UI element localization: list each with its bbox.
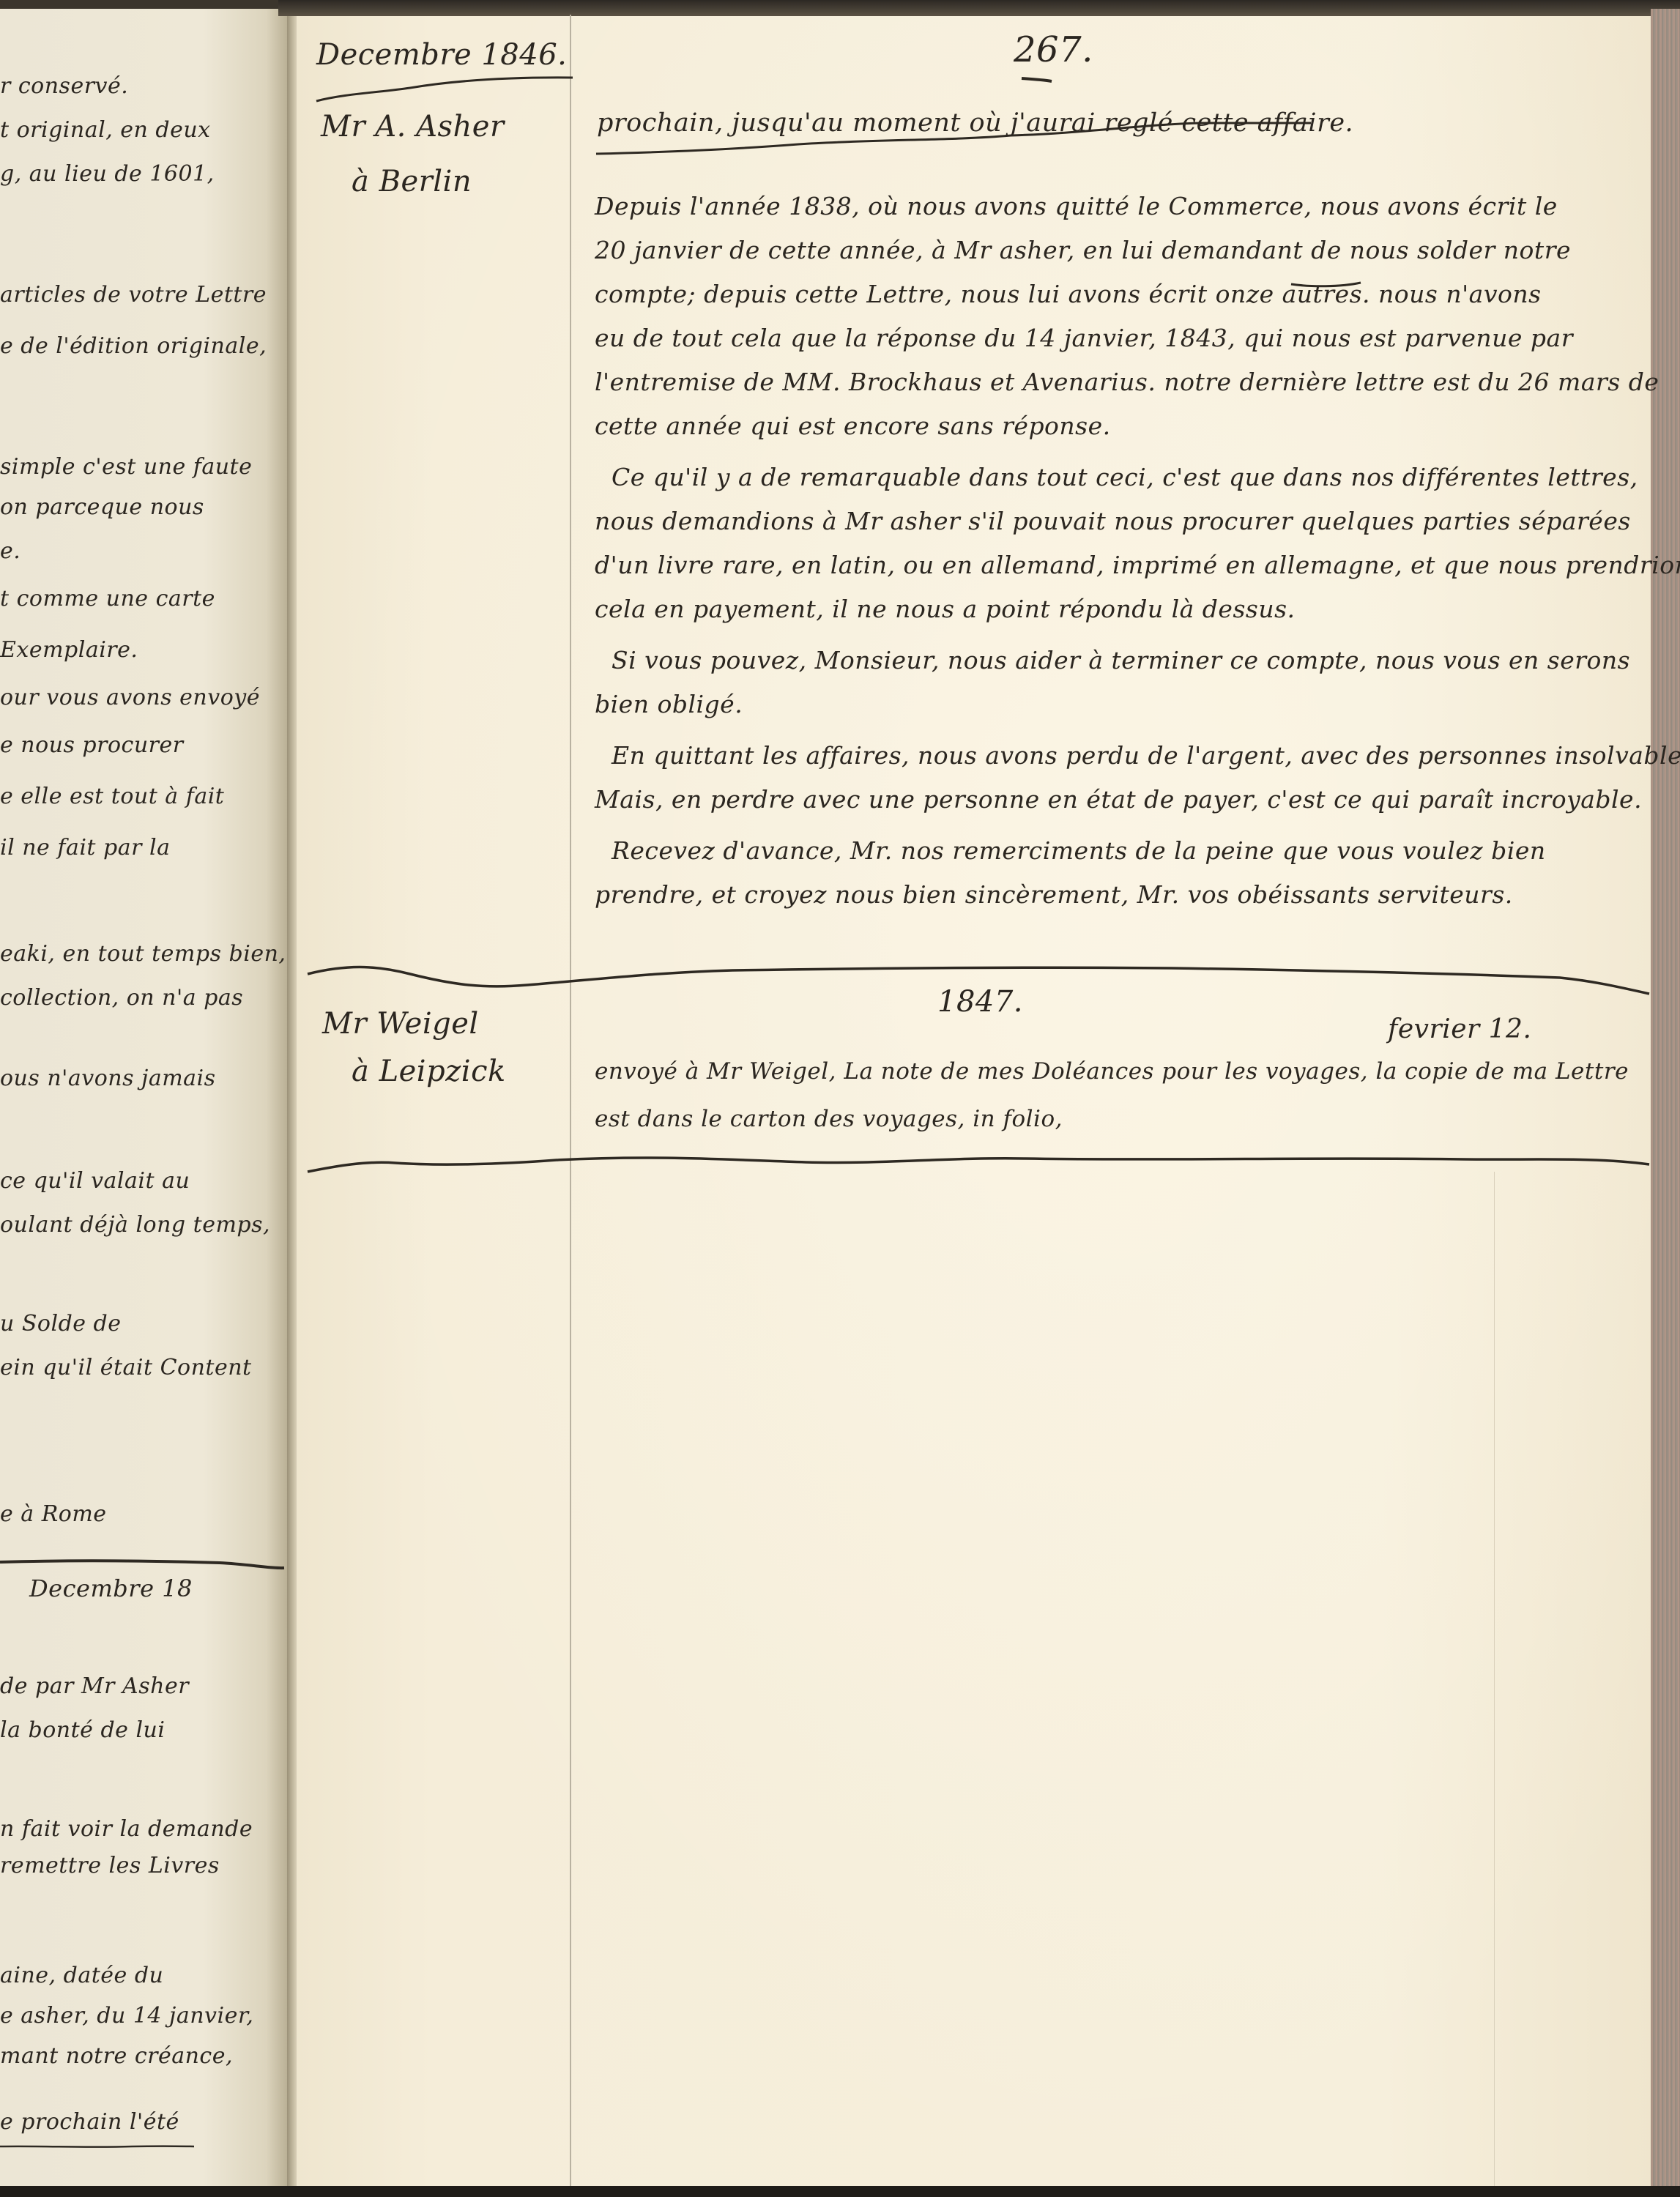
left-line: simple c'est une faute — [0, 454, 252, 480]
left-line: e elle est tout à fait — [0, 784, 224, 809]
entry-line: l'entremise de MM. Brockhaus et Avenariu… — [595, 368, 1659, 396]
left-line: ce qu'il valait au — [0, 1168, 190, 1194]
entry-date: fevrier 12. — [1388, 1014, 1531, 1044]
left-line: Exemplaire. — [0, 637, 138, 663]
recipient-name: Mr Weigel — [322, 1007, 479, 1041]
left-line: il ne fait par la — [0, 835, 170, 860]
left-line: e prochain l'été — [0, 2109, 179, 2135]
entry-line: Ce qu'il y a de remarquable dans tout ce… — [612, 463, 1638, 491]
left-line: la bonté de lui — [0, 1717, 165, 1743]
entry-line: En quittant les affaires, nous avons per… — [612, 741, 1680, 770]
left-line: ein qu'il était Content — [0, 1355, 252, 1380]
entry-line: Recevez d'avance, Mr. nos remerciments d… — [612, 836, 1546, 865]
left-line: u Solde de — [0, 1311, 122, 1337]
left-line: r conservé. — [0, 73, 128, 99]
entry-line: prendre, et croyez nous bien sincèrement… — [595, 880, 1513, 909]
left-line: oulant déjà long temps, — [0, 1212, 270, 1238]
entry-line: d'un livre rare, en latin, ou en alleman… — [595, 551, 1680, 579]
recipient-place: à Leipzick — [352, 1055, 506, 1088]
fore-edge — [1651, 9, 1680, 2187]
year-heading: 1847. — [937, 985, 1023, 1019]
left-section-date: Decembre 18 — [29, 1575, 193, 1602]
left-line: de par Mr Asher — [0, 1673, 189, 1699]
left-line: mant notre créance, — [0, 2043, 233, 2069]
entry-line: compte; depuis cette Lettre, nous lui av… — [595, 280, 1542, 308]
left-line: n fait voir la demande — [0, 1816, 253, 1842]
entry-line: prochain, jusqu'au moment où j'aurai reg… — [597, 108, 1353, 138]
left-line: our vous avons envoyé — [0, 685, 260, 710]
entry-line: Si vous pouvez, Monsieur, nous aider à t… — [612, 646, 1630, 674]
book-bottom-edge — [0, 2186, 1680, 2197]
left-line: g, au lieu de 1601, — [0, 161, 215, 187]
entry-line: cette année qui est encore sans réponse. — [595, 412, 1111, 440]
entry-line: envoyé à Mr Weigel, La note de mes Doléa… — [595, 1058, 1629, 1085]
left-line: e nous procurer — [0, 732, 184, 758]
left-line: e de l'édition originale, — [0, 333, 267, 359]
left-line: e asher, du 14 janvier, — [0, 2003, 253, 2029]
left-line: articles de votre Lettre — [0, 282, 267, 308]
left-line: t original, en deux — [0, 117, 211, 143]
entry-line: Mais, en perdre avec une personne en éta… — [595, 785, 1642, 814]
faint-ruling — [1494, 1172, 1495, 2186]
left-line: collection, on n'a pas — [0, 985, 243, 1011]
entry-line: 20 janvier de cette année, à Mr asher, e… — [595, 236, 1571, 264]
left-line: t comme une carte — [0, 586, 215, 611]
left-line: aine, datée du — [0, 1963, 163, 1988]
entry-line: Depuis l'année 1838, où nous avons quitt… — [595, 192, 1558, 220]
right-page-top-shadow — [278, 0, 1680, 16]
entry-line: cela en payement, il ne nous a point rép… — [595, 595, 1296, 623]
left-line: e à Rome — [0, 1501, 107, 1527]
page-number: 267. — [1014, 29, 1093, 70]
recipient-name: Mr A. Asher — [321, 110, 505, 144]
left-line: on parceque nous — [0, 494, 204, 520]
left-line: eaki, en tout temps bien, — [0, 941, 286, 967]
left-line: remettre les Livres — [0, 1853, 220, 1878]
left-line: e. — [0, 538, 21, 564]
entry-line: est dans le carton des voyages, in folio… — [595, 1106, 1063, 1132]
margin-ruling — [570, 15, 571, 2186]
header-date: Decembre 1846. — [316, 38, 567, 72]
entry-line: nous demandions à Mr asher s'il pouvait … — [595, 507, 1631, 535]
entry-line: bien obligé. — [595, 690, 743, 718]
recipient-place: à Berlin — [352, 165, 472, 198]
left-line: ous n'avons jamais — [0, 1066, 216, 1091]
entry-line: eu de tout cela que la réponse du 14 jan… — [595, 324, 1573, 352]
